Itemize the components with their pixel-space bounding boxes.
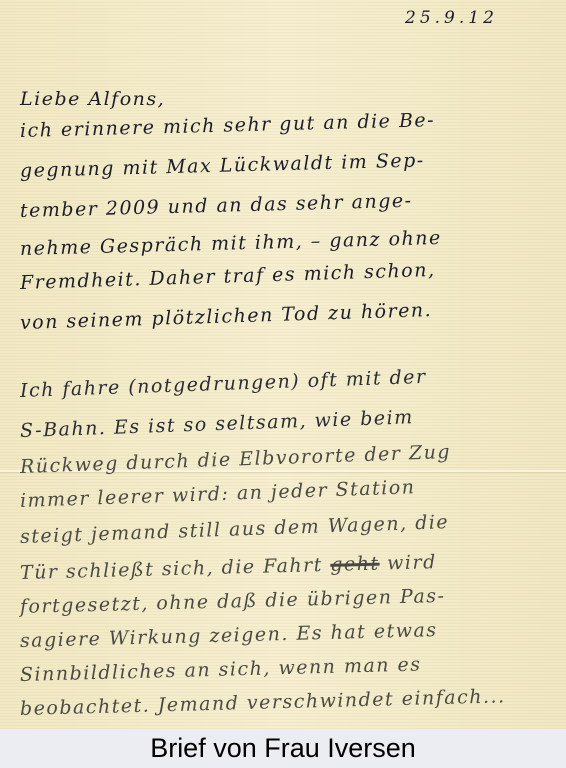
text-line: nehme Gespräch mit ihm, – ganz ohne bbox=[20, 227, 442, 260]
text-line: S-Bahn. Es ist so seltsam, wie beim bbox=[20, 406, 414, 442]
text-line: immer leerer wird: an jeder Station bbox=[20, 476, 416, 512]
image-caption: Brief von Frau Iversen bbox=[0, 729, 566, 768]
letter-date: 25.9.12 bbox=[405, 8, 498, 28]
text-line: fortgesetzt, ohne daß die übrigen Pas- bbox=[20, 585, 446, 618]
text-line: ich erinnere mich sehr gut an die Be- bbox=[20, 109, 436, 142]
text-line: von seinem plötzlichen Tod zu hören. bbox=[20, 299, 433, 334]
text-line: sagiere Wirkung zeigen. Es hat etwas bbox=[20, 619, 438, 652]
text-line: gegnung mit Max Lückwaldt im Sep- bbox=[20, 149, 425, 182]
text-segment: wird bbox=[379, 551, 437, 574]
text-line: Fremdheit. Daher traf es mich schon, bbox=[20, 259, 436, 294]
struck-out-word: geht bbox=[330, 553, 380, 576]
text-line: Rückweg durch die Elbvororte der Zug bbox=[20, 441, 452, 478]
text-line: Sinnbildliches an sich, wenn man es bbox=[20, 653, 422, 686]
text-line: steigt jemand still aus dem Wagen, die bbox=[20, 511, 450, 548]
handwritten-letter: 25.9.12 Liebe Alfons, ich erinnere mich … bbox=[0, 0, 566, 729]
document-page: 25.9.12 Liebe Alfons, ich erinnere mich … bbox=[0, 0, 566, 768]
text-line: tember 2009 und an das sehr ange- bbox=[20, 190, 413, 222]
text-line-with-correction: Tür schließt sich, die Fahrt geht wird bbox=[20, 551, 437, 584]
letter-salutation: Liebe Alfons, bbox=[20, 88, 165, 110]
text-line: Ich fahre (notgedrungen) oft mit der bbox=[20, 366, 427, 402]
text-segment: Tür schließt sich, die Fahrt bbox=[20, 554, 331, 584]
text-line: beobachtet. Jemand verschwindet einfach.… bbox=[20, 685, 506, 720]
